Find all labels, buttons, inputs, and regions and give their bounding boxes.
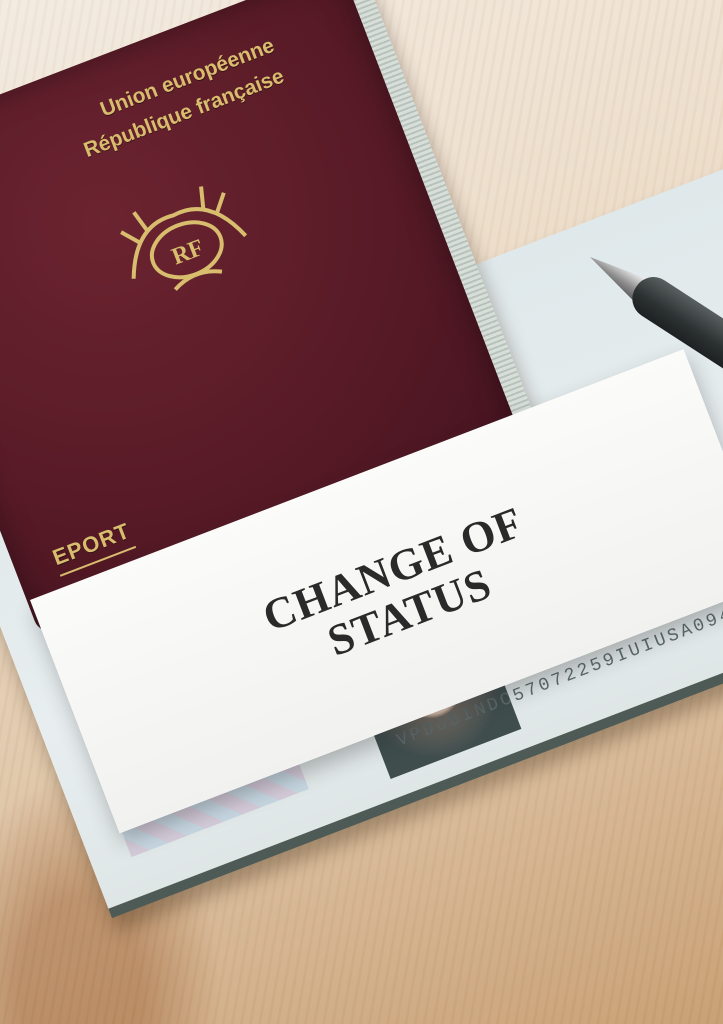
svg-text:RF: RF [168, 235, 207, 271]
french-republic-emblem-icon: RF [90, 163, 279, 323]
